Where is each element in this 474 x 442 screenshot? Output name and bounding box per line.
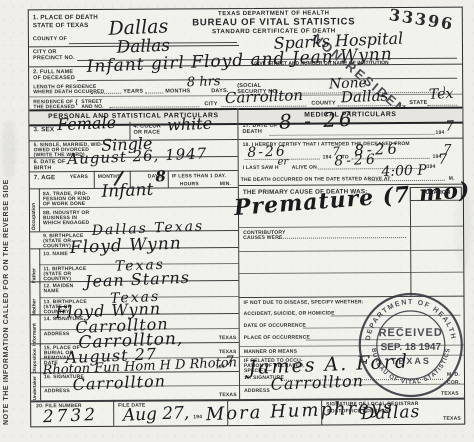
- dod-year-hw: 7: [445, 118, 455, 134]
- last-saw-hw-pronoun: er: [277, 156, 288, 167]
- state-of-texas-label: STATE OF TEXAS: [33, 22, 89, 30]
- age-handwritten: 8: [155, 167, 166, 185]
- res-state-label: STATE: [409, 100, 427, 107]
- sex-label: 3. SEX: [33, 126, 54, 134]
- undertaker-addr-label: ADDRESS: [44, 388, 70, 394]
- informant-addr-label: ADDRESS: [44, 331, 70, 337]
- contributory-label-2: CAUSES WERE: [243, 235, 282, 241]
- color-handwritten: white: [167, 114, 213, 135]
- precinct-no-label: PRECINCT NO.: [33, 55, 75, 62]
- dod-handwritten: 8 - 26: [279, 107, 356, 134]
- death-occurred-label: THE DEATH OCCURRED ON THE DATE STATED AB…: [241, 176, 391, 183]
- manner-means-label: MANNER OR MEANS: [244, 349, 297, 355]
- undertaker-addr-handwritten: Carrollton: [72, 371, 166, 394]
- place-of-death-label: 1. PLACE OF DEATH: [33, 14, 98, 22]
- length-handwritten: 8 hrs: [187, 74, 221, 90]
- age-label: 7. AGE: [34, 174, 56, 182]
- disposition-side-label: Disposition: [32, 344, 37, 373]
- father-side-label: Father: [31, 250, 37, 283]
- industry-label-3: WHICH ENGAGED: [43, 220, 89, 226]
- last-saw-label-1: I LAST SAW H: [243, 165, 279, 171]
- residence-brace: {: [75, 99, 78, 107]
- res-county-label: COUNTY: [311, 100, 335, 107]
- accident-label: ACCIDENT, SUICIDE, OR HOMICIDE: [244, 310, 335, 317]
- trade-handwritten: Infant: [101, 180, 154, 202]
- res-county-handwritten: Dallas: [341, 86, 389, 106]
- informant-side-label: Informant: [32, 315, 38, 346]
- mother-name-handwritten: Jean Starns: [85, 268, 191, 291]
- fullname-label-2: OF DECEASED: [33, 75, 75, 82]
- physician-addr-handwritten: Carrollton: [270, 371, 364, 394]
- file-number-handwritten: 2732: [42, 405, 98, 427]
- last-saw-year-hw: 7: [438, 151, 448, 167]
- mother-name-label-2: NAME: [43, 288, 59, 294]
- res-state-handwritten: Tex: [429, 86, 454, 103]
- age-years-label: YEARS: [70, 174, 88, 180]
- age-less-label: IF LESS THAN 1 DAY.: [172, 173, 227, 179]
- last-saw-date-handwritten: 8-26: [334, 152, 378, 170]
- violence-label: IF NOT DUE TO DISEASE, SPECIFY WHETHER:: [244, 299, 364, 306]
- undertaker-side-label: Undertaker: [32, 373, 37, 400]
- county-of-label: COUNTY OF: [33, 36, 67, 43]
- date-occurrence-label: DATE OF OCCURRENCE: [244, 323, 306, 329]
- stamp-date-text: SEP. 18 1947: [381, 342, 442, 353]
- death-time-handwritten: 4:00 P: [381, 162, 427, 180]
- father-name-handwritten: Floyd Wynn: [69, 234, 182, 259]
- reverse-side-note: NOTE THE INFORMATION CALLED FOR ON THE R…: [3, 95, 10, 425]
- certificate-form: 1. PLACE OF DEATH STATE OF TEXAS COUNTY …: [28, 7, 466, 428]
- dod-year-printed: 194: [435, 130, 444, 136]
- stamp-texas-text: TEXAS: [391, 356, 431, 366]
- res-city-label: CITY: [204, 101, 217, 108]
- received-stamp: DEPARTMENT OF HEALTH BUREAU OF VITAL STA…: [355, 290, 466, 401]
- po-state-label: TEXAS: [443, 416, 461, 422]
- res-city-handwritten: Carrollton: [225, 86, 304, 107]
- years-label: YEARS: [123, 89, 143, 96]
- file-date-handwritten: Aug 27,: [122, 403, 189, 426]
- file-date-year-printed: 194: [193, 414, 202, 420]
- dod-label-2: DEATH: [242, 129, 262, 136]
- po-address-handwritten: Dallas: [360, 402, 420, 424]
- undertaker-addr-state: TEXAS: [219, 392, 237, 398]
- sex-handwritten: Female: [57, 113, 117, 134]
- mother-side-label: Mother: [31, 282, 37, 315]
- last-saw-label-2: ALIVE ON: [292, 165, 317, 171]
- informant-addr-state: TEXAS: [219, 335, 237, 341]
- place-occurrence-label: PLACE OF OCCURRENCE: [244, 335, 310, 341]
- certify-year1-printed: 194: [323, 154, 332, 160]
- father-name-label: 10. NAME: [43, 251, 68, 257]
- occupation-side-label: Occupation: [31, 190, 37, 230]
- last-saw-year-printed: 194: [427, 164, 436, 170]
- stamp-received-text: RECEIVED: [379, 327, 443, 339]
- physician-addr-label: ADDRESS: [244, 388, 270, 394]
